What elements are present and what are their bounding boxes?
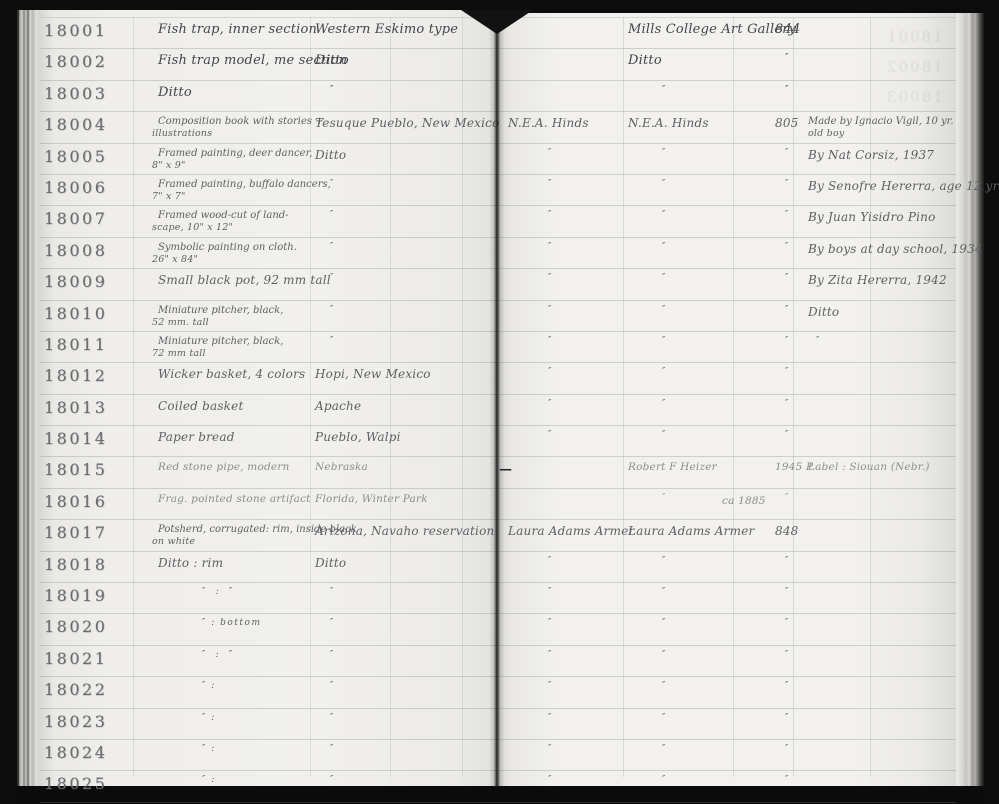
collector: ″ xyxy=(628,713,667,723)
item-description: ″ : xyxy=(158,775,216,785)
collector: ″ xyxy=(628,744,667,754)
scan-border-left xyxy=(0,0,17,804)
catalog-number: 18023 xyxy=(44,712,107,731)
collector: ″ xyxy=(628,305,667,315)
catalog-number: 18001 xyxy=(44,21,107,40)
locality: Pueblo, Walpi xyxy=(315,430,401,444)
item-description: Ditto xyxy=(158,85,192,100)
ledger-scan: 18001 Fish trap, inner section Western E… xyxy=(0,0,999,804)
collector: ″ xyxy=(628,179,667,189)
remarks: ″ xyxy=(808,336,821,346)
date-note: ca 1885 xyxy=(722,495,766,507)
locality: Western Eskimo type xyxy=(315,22,458,37)
collector: Robert F Heizer xyxy=(628,461,717,473)
received-from: ″ xyxy=(508,336,553,346)
received-from: ″ xyxy=(508,713,553,723)
received-from: ″ xyxy=(508,242,553,252)
catalog-number: 18008 xyxy=(44,241,107,260)
accession-number: ″ xyxy=(775,305,790,315)
accession-number: ″ xyxy=(775,775,790,785)
received-from: N.E.A. Hinds xyxy=(508,116,589,130)
item-description-line2: illustrations xyxy=(152,128,212,139)
catalog-number: 18009 xyxy=(44,272,107,291)
catalog-number: 18002 xyxy=(44,52,107,71)
remarks: By Juan Yisidro Pino xyxy=(808,210,936,224)
collector: ″ xyxy=(628,493,667,503)
catalog-number: 18019 xyxy=(44,586,107,605)
locality: Tesuque Pueblo, New Mexico xyxy=(315,116,500,130)
accession-number: ″ xyxy=(775,273,790,283)
received-from: Laura Adams Armer xyxy=(508,524,634,538)
collector: ″ xyxy=(628,367,667,377)
collector: ″ xyxy=(628,587,667,597)
locality: Florida, Winter Park xyxy=(315,493,428,505)
accession-number: 848 xyxy=(775,524,799,538)
remarks: By Nat Corsiz, 1937 xyxy=(808,148,934,162)
catalog-number: 18025 xyxy=(44,774,107,793)
received-from: ″ xyxy=(508,681,553,691)
catalog-number: 18018 xyxy=(44,555,107,574)
catalog-number: 18016 xyxy=(44,492,107,511)
catalog-number: 18024 xyxy=(44,743,107,762)
item-description: ″ : ″ xyxy=(158,650,234,660)
accession-number: 844 xyxy=(775,22,800,37)
locality: ″ xyxy=(315,744,335,754)
received-from: ″ xyxy=(508,556,553,566)
locality: Hopi, New Mexico xyxy=(315,367,431,381)
item-description: Ditto : rim xyxy=(158,556,223,570)
accession-number: ″ xyxy=(775,744,790,754)
item-description: Wicker basket, 4 colors xyxy=(158,367,305,381)
page-stack-edge-right xyxy=(956,8,984,787)
catalog-number: 18004 xyxy=(44,115,107,134)
locality: ″ xyxy=(315,587,335,597)
item-description: ″ : xyxy=(158,744,216,754)
item-description-line2: on white xyxy=(152,536,195,547)
received-from: ″ xyxy=(508,367,553,377)
collector: Ditto xyxy=(628,53,662,68)
remarks-line2: old boy xyxy=(808,128,844,139)
item-description: Miniature pitcher, black, xyxy=(158,305,283,316)
received-from: ″ xyxy=(508,650,553,660)
received-from: ″ xyxy=(508,587,553,597)
collector: ″ xyxy=(628,273,667,283)
item-description-line2: 52 mm. tall xyxy=(152,317,209,328)
locality: ″ xyxy=(315,210,335,220)
item-description-line2: 8" x 9" xyxy=(152,160,186,171)
catalog-number: 18010 xyxy=(44,304,107,323)
remarks: Made by Ignacio Vigil, 10 yr. xyxy=(808,116,954,127)
locality: Arizona, Navaho reservation xyxy=(315,524,494,538)
accession-number: 805 xyxy=(775,116,799,130)
remarks: Ditto xyxy=(808,305,839,319)
catalog-number: 18017 xyxy=(44,523,107,542)
accession-number: ″ xyxy=(775,148,790,158)
locality: Apache xyxy=(315,399,361,413)
item-description: Paper bread xyxy=(158,430,235,444)
received-from: ″ xyxy=(508,775,553,785)
catalog-number: 18005 xyxy=(44,147,107,166)
item-description: Framed painting, buffalo dancers, xyxy=(158,179,331,190)
item-description: Framed wood-cut of land- xyxy=(158,210,289,221)
spine-notch xyxy=(461,10,533,34)
collector: ″ xyxy=(628,242,667,252)
collector: ″ xyxy=(628,85,667,95)
collector: ″ xyxy=(628,650,667,660)
accession-number: ″ xyxy=(775,85,790,95)
item-description: Red stone pipe, modern xyxy=(158,461,290,473)
locality: ″ xyxy=(315,650,335,660)
catalog-number: 18012 xyxy=(44,366,107,385)
catalog-number: 18015 xyxy=(44,460,107,479)
collector: ″ xyxy=(628,336,667,346)
remarks: By Senofre Hererra, age 12 yrs. xyxy=(808,179,999,193)
accession-number: ″ xyxy=(775,587,790,597)
item-description: ″ : ″ xyxy=(158,587,234,597)
scan-border-right xyxy=(984,0,999,804)
collector: ″ xyxy=(628,556,667,566)
locality: ″ xyxy=(315,336,335,346)
collector: ″ xyxy=(628,775,667,785)
item-description-line2: scape, 10" x 12" xyxy=(152,222,233,233)
locality: ″ xyxy=(315,681,335,691)
collector: Laura Adams Armer xyxy=(628,524,754,538)
item-description: Framed painting, deer dancer, xyxy=(158,148,312,159)
catalog-number: 18011 xyxy=(44,335,107,354)
item-description: Miniature pitcher, black, xyxy=(158,336,283,347)
locality: Nebraska xyxy=(315,461,368,473)
locality: ″ xyxy=(315,713,335,723)
item-description: Fish trap, inner section xyxy=(158,22,317,37)
item-description: ″ : xyxy=(158,713,216,723)
locality: ″ xyxy=(315,273,335,283)
item-description-line2: 26" x 84" xyxy=(152,254,198,265)
received-from: ″ xyxy=(508,744,553,754)
remarks: By Zita Hererra, 1942 xyxy=(808,273,947,287)
item-description-line2: 72 mm tall xyxy=(152,348,206,359)
accession-number: ″ xyxy=(775,493,790,503)
scan-border-top xyxy=(497,0,999,13)
received-from: ″ xyxy=(508,399,553,409)
remarks: Label : Siouan (Nebr.) xyxy=(808,461,930,473)
catalog-number: 18003 xyxy=(44,84,107,103)
accession-number: ″ xyxy=(775,430,790,440)
accession-number: ″ xyxy=(775,618,790,628)
received-from: ″ xyxy=(508,179,553,189)
item-description-line2: 7" x 7" xyxy=(152,191,186,202)
accession-number: ″ xyxy=(775,367,790,377)
locality: Ditto xyxy=(315,53,349,68)
received-from: ″ xyxy=(508,618,553,628)
catalog-number: 18022 xyxy=(44,680,107,699)
accession-number: ″ xyxy=(775,556,790,566)
collector: ″ xyxy=(628,681,667,691)
catalog-number: 18014 xyxy=(44,429,107,448)
collector: Mills College Art Gallery xyxy=(628,22,796,37)
item-description: Small black pot, 92 mm tall xyxy=(158,273,331,287)
page-stack-edge-left xyxy=(17,8,40,787)
accession-number: ″ xyxy=(775,399,790,409)
accession-number: ″ xyxy=(775,713,790,723)
locality: ″ xyxy=(315,618,335,628)
item-description: ″ : bottom xyxy=(158,618,261,628)
collector: ″ xyxy=(628,399,667,409)
accession-number: ″ xyxy=(775,242,790,252)
item-description: Frag. pointed stone artifact xyxy=(158,493,311,505)
collector: N.E.A. Hinds xyxy=(628,116,709,130)
locality: ″ xyxy=(315,242,335,252)
collector: ″ xyxy=(628,148,667,158)
locality: ″ xyxy=(315,775,335,785)
accession-number: ″ xyxy=(775,53,790,63)
catalog-number: 18006 xyxy=(44,178,107,197)
received-from: ″ xyxy=(508,305,553,315)
locality: ″ xyxy=(315,179,335,189)
item-description: ″ : xyxy=(158,681,216,691)
remarks: By boys at day school, 1934 xyxy=(808,242,983,256)
item-description: Symbolic painting on cloth. xyxy=(158,242,297,253)
catalog-number: 18021 xyxy=(44,649,107,668)
accession-number: ″ xyxy=(775,650,790,660)
accession-number: ″ xyxy=(775,681,790,691)
collector: ″ xyxy=(628,210,667,220)
collector: ″ xyxy=(628,430,667,440)
locality: ″ xyxy=(315,85,335,95)
collector: ″ xyxy=(628,618,667,628)
locality: Ditto xyxy=(315,556,346,570)
item-description: Coiled basket xyxy=(158,399,243,413)
received-from: ″ xyxy=(508,273,553,283)
locality: Ditto xyxy=(315,148,346,162)
received-from: ″ xyxy=(508,148,553,158)
item-description: Composition book with stories + xyxy=(158,116,324,127)
received-from: ″ xyxy=(508,210,553,220)
book-gutter xyxy=(489,10,505,787)
locality: ″ xyxy=(315,305,335,315)
catalog-number: 18013 xyxy=(44,398,107,417)
received-from: ″ xyxy=(508,430,553,440)
accession-number: ″ xyxy=(775,210,790,220)
catalog-number: 18007 xyxy=(44,209,107,228)
accession-number: ″ xyxy=(775,179,790,189)
catalog-number: 18020 xyxy=(44,617,107,636)
accession-number: ″ xyxy=(775,336,790,346)
